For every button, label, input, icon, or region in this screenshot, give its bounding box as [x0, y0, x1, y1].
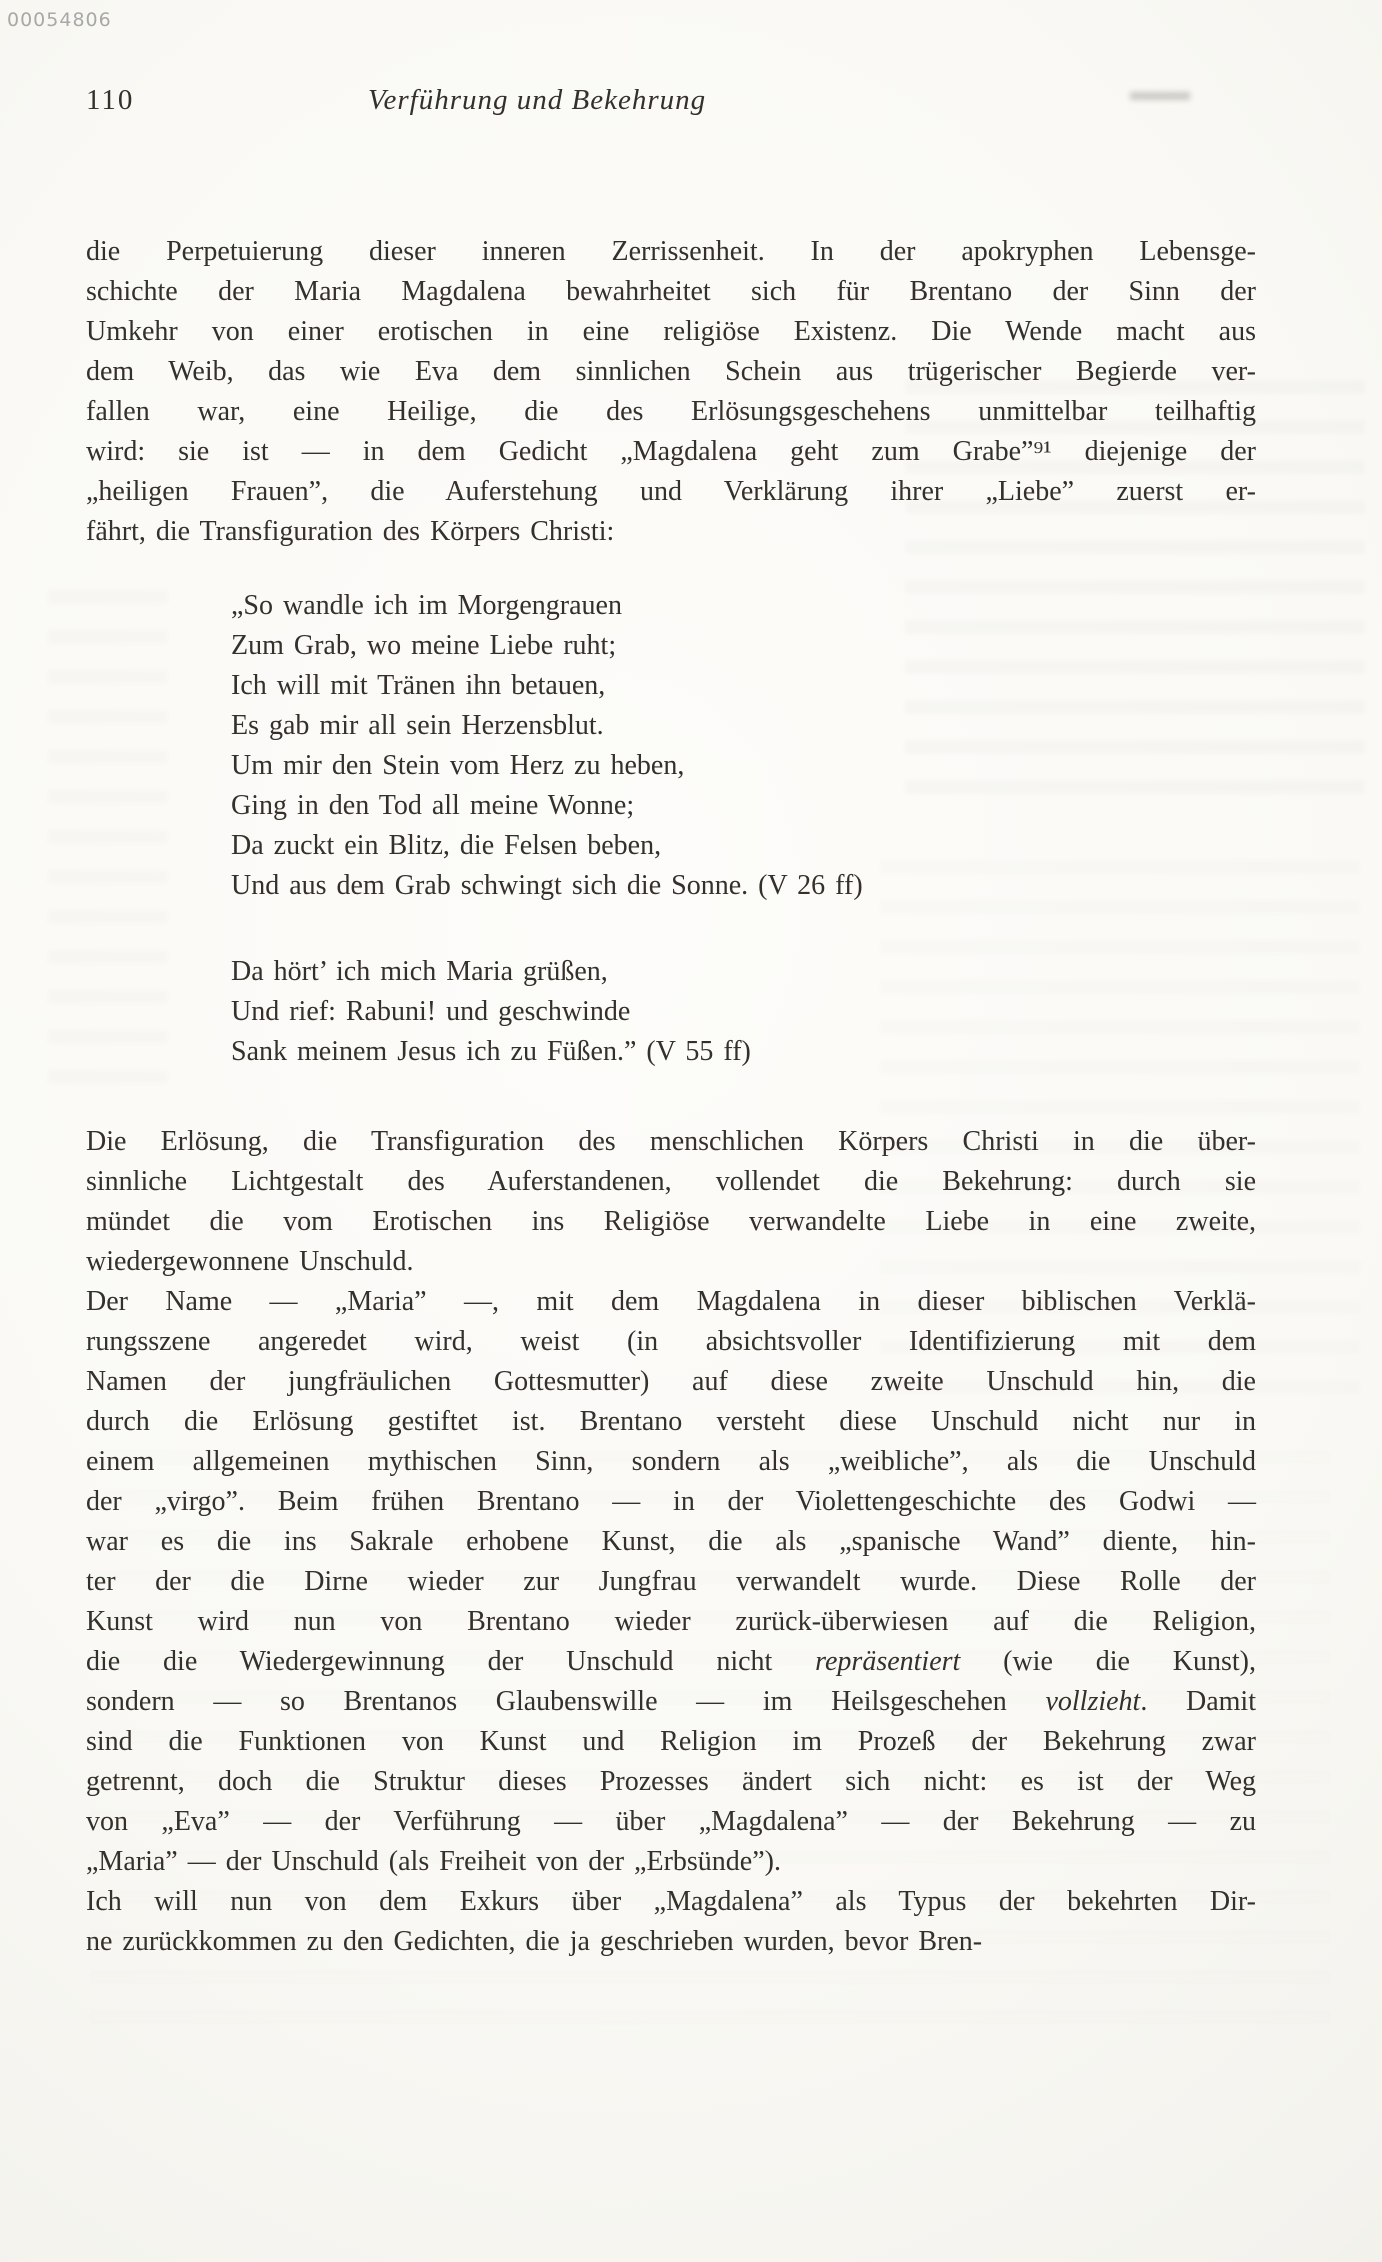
- text-line: sondern — so Brentanos Glaubenswille — i…: [86, 1682, 1256, 1722]
- text-line: getrennt, doch die Struktur dieses Proze…: [86, 1762, 1256, 1802]
- text-line: „heiligen Frauen”, die Auferstehung und …: [86, 472, 1256, 512]
- text-line: „So wandle ich im Morgengrauen: [231, 586, 1256, 626]
- text-line: Es gab mir all sein Herzensblut.: [231, 706, 1256, 746]
- text-segment: schichte der Maria Magdalena bewahrheite…: [86, 276, 1256, 307]
- scanned-book-page: 00054806 110 Verführung und Bekehrung di…: [0, 0, 1382, 2262]
- paragraph-exkurs: Ich will nun von dem Exkurs über „Magdal…: [86, 1882, 1256, 1962]
- text-segment: Und rief: Rabuni! und geschwinde: [231, 996, 630, 1027]
- text-line: einem allgemeinen mythischen Sinn, sonde…: [86, 1442, 1256, 1482]
- text-segment: Ich will mit Tränen ihn betauen,: [231, 670, 605, 701]
- text-line: sinnliche Lichtgestalt des Auferstandene…: [86, 1162, 1256, 1202]
- text-segment: Zum Grab, wo meine Liebe ruht;: [231, 630, 616, 661]
- text-segment: „Maria” — der Unschuld (als Freiheit von…: [86, 1846, 781, 1877]
- text-line: wird: sie ist — in dem Gedicht „Magdalen…: [86, 432, 1256, 472]
- text-line: rungsszene angeredet wird, weist (in abs…: [86, 1322, 1256, 1362]
- text-segment: Es gab mir all sein Herzensblut.: [231, 710, 604, 741]
- text-segment: Sank meinem Jesus ich zu Füßen.” (V 55 f…: [231, 1036, 751, 1067]
- text-line: durch die Erlösung gestiftet ist. Brenta…: [86, 1402, 1256, 1442]
- text-segment: sondern — so Brentanos Glaubenswille — i…: [86, 1686, 1045, 1717]
- text-line: Um mir den Stein vom Herz zu heben,: [231, 746, 1256, 786]
- text-segment: Der Name — „Maria” —, mit dem Magdalena …: [86, 1286, 1256, 1317]
- text-line: Namen der jungfräulichen Gottesmutter) a…: [86, 1362, 1256, 1402]
- text-line: sind die Funktionen von Kunst und Religi…: [86, 1722, 1256, 1762]
- italic-text: repräsentiert: [815, 1646, 960, 1677]
- text-line: die die Wiedergewinnung der Unschuld nic…: [86, 1642, 1256, 1682]
- text-line: Da zuckt ein Blitz, die Felsen beben,: [231, 826, 1256, 866]
- text-segment: von „Eva” — der Verführung — über „Magda…: [86, 1806, 1256, 1837]
- paragraph-erloesung: Die Erlösung, die Transfiguration des me…: [86, 1122, 1256, 1282]
- text-line: dem Weib, das wie Eva dem sinnlichen Sch…: [86, 352, 1256, 392]
- text-segment: . Damit: [1140, 1686, 1256, 1717]
- text-line: Zum Grab, wo meine Liebe ruht;: [231, 626, 1256, 666]
- text-segment: Da zuckt ein Blitz, die Felsen beben,: [231, 830, 661, 861]
- text-line: Der Name — „Maria” —, mit dem Magdalena …: [86, 1282, 1256, 1322]
- text-segment: ne zurückkommen zu den Gedichten, die ja…: [86, 1926, 982, 1957]
- text-segment: fallen war, eine Heilige, die des Erlösu…: [86, 396, 1256, 427]
- text-segment: einem allgemeinen mythischen Sinn, sonde…: [86, 1446, 1256, 1477]
- text-line: ter der die Dirne wieder zur Jungfrau ve…: [86, 1562, 1256, 1602]
- text-segment: Und aus dem Grab schwingt sich die Sonne…: [231, 870, 863, 901]
- text-line: ne zurückkommen zu den Gedichten, die ja…: [86, 1922, 1256, 1962]
- text-segment: Da hört’ ich mich Maria grüßen,: [231, 956, 608, 987]
- text-line: Da hört’ ich mich Maria grüßen,: [231, 952, 1256, 992]
- text-segment: Ich will nun von dem Exkurs über „Magdal…: [86, 1886, 1256, 1917]
- text-line: Die Erlösung, die Transfiguration des me…: [86, 1122, 1256, 1162]
- spacer: [86, 1100, 1256, 1122]
- text-line: Sank meinem Jesus ich zu Füßen.” (V 55 f…: [231, 1032, 1256, 1072]
- text-segment: rungsszene angeredet wird, weist (in abs…: [86, 1326, 1256, 1357]
- body-text: die Perpetuierung dieser inneren Zerriss…: [86, 232, 1256, 1962]
- text-segment: sind die Funktionen von Kunst und Religi…: [86, 1726, 1256, 1757]
- text-line: von „Eva” — der Verführung — über „Magda…: [86, 1802, 1256, 1842]
- text-line: mündet die vom Erotischen ins Religiöse …: [86, 1202, 1256, 1242]
- type-area: 110 Verführung und Bekehrung die Perpetu…: [86, 84, 1256, 1962]
- text-line: „Maria” — der Unschuld (als Freiheit von…: [86, 1842, 1256, 1882]
- text-line: Kunst wird nun von Brentano wieder zurüc…: [86, 1602, 1256, 1642]
- text-segment: Die Erlösung, die Transfiguration des me…: [86, 1126, 1256, 1157]
- text-segment: sinnliche Lichtgestalt des Auferstandene…: [86, 1166, 1256, 1197]
- text-line: fährt, die Transfiguration des Körpers C…: [86, 512, 1256, 552]
- poem-stanza-2: Da hört’ ich mich Maria grüßen,Und rief:…: [231, 952, 1256, 1072]
- text-segment: mündet die vom Erotischen ins Religiöse …: [86, 1206, 1256, 1237]
- text-line: Umkehr von einer erotischen in eine reli…: [86, 312, 1256, 352]
- paragraph-intro: die Perpetuierung dieser inneren Zerriss…: [86, 232, 1256, 552]
- text-line: Ging in den Tod all meine Wonne;: [231, 786, 1256, 826]
- italic-text: vollzieht: [1045, 1686, 1140, 1717]
- text-line: fallen war, eine Heilige, die des Erlösu…: [86, 392, 1256, 432]
- text-line: Ich will mit Tränen ihn betauen,: [231, 666, 1256, 706]
- scan-id-stamp: 00054806: [7, 9, 112, 31]
- poem-stanza-1: „So wandle ich im MorgengrauenZum Grab, …: [231, 586, 1256, 906]
- text-line: die Perpetuierung dieser inneren Zerriss…: [86, 232, 1256, 272]
- text-line: Und aus dem Grab schwingt sich die Sonne…: [231, 866, 1256, 906]
- text-segment: dem Weib, das wie Eva dem sinnlichen Sch…: [86, 356, 1256, 387]
- text-line: wiedergewonnene Unschuld.: [86, 1242, 1256, 1282]
- text-segment: getrennt, doch die Struktur dieses Proze…: [86, 1766, 1256, 1797]
- text-segment: die die Wiedergewinnung der Unschuld nic…: [86, 1646, 815, 1677]
- text-segment: Umkehr von einer erotischen in eine reli…: [86, 316, 1256, 347]
- text-segment: „heiligen Frauen”, die Auferstehung und …: [86, 476, 1256, 507]
- text-segment: Ging in den Tod all meine Wonne;: [231, 790, 634, 821]
- text-line: Und rief: Rabuni! und geschwinde: [231, 992, 1256, 1032]
- text-segment: fährt, die Transfiguration des Körpers C…: [86, 516, 614, 547]
- text-segment: der „virgo”. Beim frühen Brentano — in d…: [86, 1486, 1256, 1517]
- text-segment: Kunst wird nun von Brentano wieder zurüc…: [86, 1606, 1256, 1637]
- text-segment: wird: sie ist — in dem Gedicht „Magdalen…: [86, 436, 1256, 467]
- text-segment: Um mir den Stein vom Herz zu heben,: [231, 750, 684, 781]
- text-segment: durch die Erlösung gestiftet ist. Brenta…: [86, 1406, 1256, 1437]
- text-line: Ich will nun von dem Exkurs über „Magdal…: [86, 1882, 1256, 1922]
- text-segment: die Perpetuierung dieser inneren Zerriss…: [86, 236, 1256, 267]
- text-segment: ter der die Dirne wieder zur Jungfrau ve…: [86, 1566, 1256, 1597]
- text-line: der „virgo”. Beim frühen Brentano — in d…: [86, 1482, 1256, 1522]
- running-head: 110 Verführung und Bekehrung: [86, 84, 1256, 130]
- running-title: Verführung und Bekehrung: [368, 84, 706, 117]
- paragraph-der-name: Der Name — „Maria” —, mit dem Magdalena …: [86, 1282, 1256, 1882]
- text-segment: wiedergewonnene Unschuld.: [86, 1246, 414, 1277]
- text-line: schichte der Maria Magdalena bewahrheite…: [86, 272, 1256, 312]
- text-segment: Namen der jungfräulichen Gottesmutter) a…: [86, 1366, 1256, 1397]
- text-line: war es die ins Sakrale erhobene Kunst, d…: [86, 1522, 1256, 1562]
- poem-quotation: „So wandle ich im MorgengrauenZum Grab, …: [231, 586, 1256, 1072]
- text-segment: war es die ins Sakrale erhobene Kunst, d…: [86, 1526, 1256, 1557]
- text-segment: (wie die Kunst),: [960, 1646, 1256, 1677]
- page-number: 110: [86, 84, 134, 117]
- text-segment: „So wandle ich im Morgengrauen: [231, 590, 622, 621]
